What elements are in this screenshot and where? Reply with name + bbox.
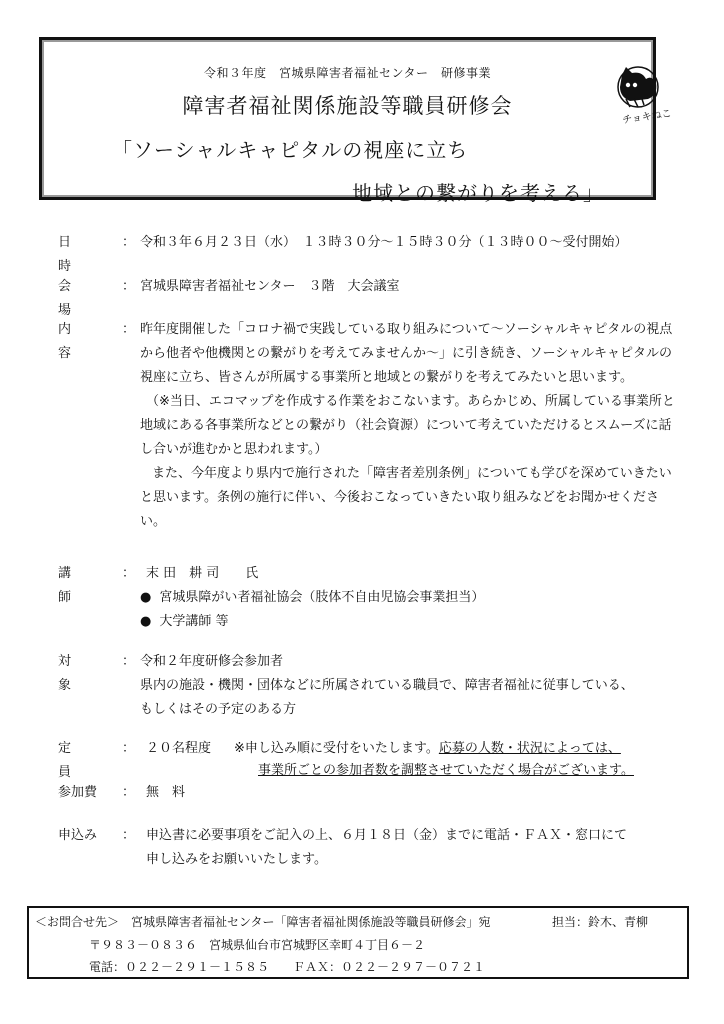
- header-subtitle: 令和３年度 宮城県障害者福祉センター 研修事業: [42, 64, 653, 81]
- affiliation-item: 大学講師 等: [140, 610, 484, 634]
- venue-value: 宮城県障害者福祉センター ３階 大会議室: [140, 275, 399, 299]
- capacity-note-underlined-2: 事業所ごとの参加者数を調整させていただく場合がございます。: [258, 759, 634, 783]
- contact-person: 担当：鈴木、青柳: [552, 913, 648, 930]
- colon: ：: [122, 824, 135, 848]
- application-line-2: 申し込みをお願いいたします。: [146, 848, 627, 872]
- application-text: 申込書に必要事項をご記入の上、６月１８日（金）までに電話・ＦＡＸ・窓口にて 申し…: [146, 824, 627, 872]
- content-paragraph-1: 昨年度開催した「コロナ禍で実践している取り組みについて～ソーシャルキャピタルの視…: [140, 318, 680, 390]
- theme-line-2: 地域との繋がりを考える」: [352, 177, 604, 206]
- affiliation-item: 宮城県障がい者福祉協会（肢体不自由児協会事業担当）: [140, 586, 484, 610]
- cat-logo-icon: チョキねこ: [608, 65, 678, 125]
- theme-line-1: 「ソーシャルキャピタルの視座に立ち: [112, 134, 468, 163]
- contact-address: 〒９８３－０８３６ 宮城県仙台市宮城野区幸町４丁目６－２: [89, 936, 425, 953]
- target-line-2: 県内の施設・機関・団体などに所属されている職員で、障害者福祉に従事している、: [140, 674, 634, 698]
- target-label: 対象: [58, 650, 114, 698]
- capacity-note-underlined-1: 応募の人数・状況によっては、: [439, 741, 621, 756]
- contact-heading: ＜お問合せ先＞ 宮城県障害者福祉センター「障害者福祉関係施設等職員研修会」宛: [35, 913, 491, 930]
- capacity-note: ※申し込み順に受付をいたします。応募の人数・状況によっては、: [234, 737, 621, 761]
- target-line-3: もしくはその予定のある方: [140, 698, 634, 722]
- capacity-value: ２０名程度: [146, 737, 211, 761]
- svg-text:チョキねこ: チョキねこ: [621, 107, 672, 125]
- page-title: 障害者福祉関係施設等職員研修会: [42, 90, 653, 120]
- contact-box: ＜お問合せ先＞ 宮城県障害者福祉センター「障害者福祉関係施設等職員研修会」宛 担…: [27, 906, 689, 979]
- contact-phone-fax: 電話：０２２－２９１－１５８５ ＦＡＸ：０２２－２９７－０７２１: [89, 958, 485, 975]
- fee-label: 参加費: [58, 781, 114, 805]
- content-paragraph-2: （※当日、エコマップを作成する作業をおこないます。あらかじめ、所属している事業所…: [140, 390, 680, 462]
- colon: ：: [122, 781, 135, 805]
- capacity-label: 定員: [58, 737, 114, 785]
- lecturer-affiliations: 宮城県障がい者福祉協会（肢体不自由児協会事業担当） 大学講師 等: [140, 586, 484, 634]
- lecturer-name: 末 田 耕 司 氏: [146, 562, 258, 586]
- colon: ：: [122, 231, 135, 255]
- datetime-value: 令和３年６月２３日（水） １３時３０分～１５時３０分（１３時００～受付開始）: [140, 231, 628, 255]
- header-box: 令和３年度 宮城県障害者福祉センター 研修事業 障害者福祉関係施設等職員研修会 …: [39, 37, 656, 200]
- content-paragraph-3: また、今年度より県内で施行された「障害者差別条例」についても学びを深めていきたい…: [140, 462, 680, 534]
- application-line-1: 申込書に必要事項をご記入の上、６月１８日（金）までに電話・ＦＡＸ・窓口にて: [146, 824, 627, 848]
- colon: ：: [122, 650, 135, 674]
- colon: ：: [122, 737, 135, 761]
- target-text: 令和２年度研修会参加者 県内の施設・機関・団体などに所属されている職員で、障害者…: [140, 650, 634, 722]
- colon: ：: [122, 275, 135, 299]
- target-line-1: 令和２年度研修会参加者: [140, 650, 634, 674]
- colon: ：: [122, 562, 135, 586]
- application-label: 申込み: [58, 824, 114, 848]
- lecturer-label: 講師: [58, 562, 114, 610]
- venue-label: 会場: [58, 275, 114, 323]
- datetime-label: 日時: [58, 231, 114, 279]
- content-text: 昨年度開催した「コロナ禍で実践している取り組みについて～ソーシャルキャピタルの視…: [140, 318, 680, 534]
- capacity-note-plain: ※申し込み順に受付をいたします。: [234, 741, 439, 756]
- fee-value: 無 料: [146, 781, 185, 805]
- content-label: 内容: [58, 318, 114, 366]
- colon: ：: [122, 318, 135, 342]
